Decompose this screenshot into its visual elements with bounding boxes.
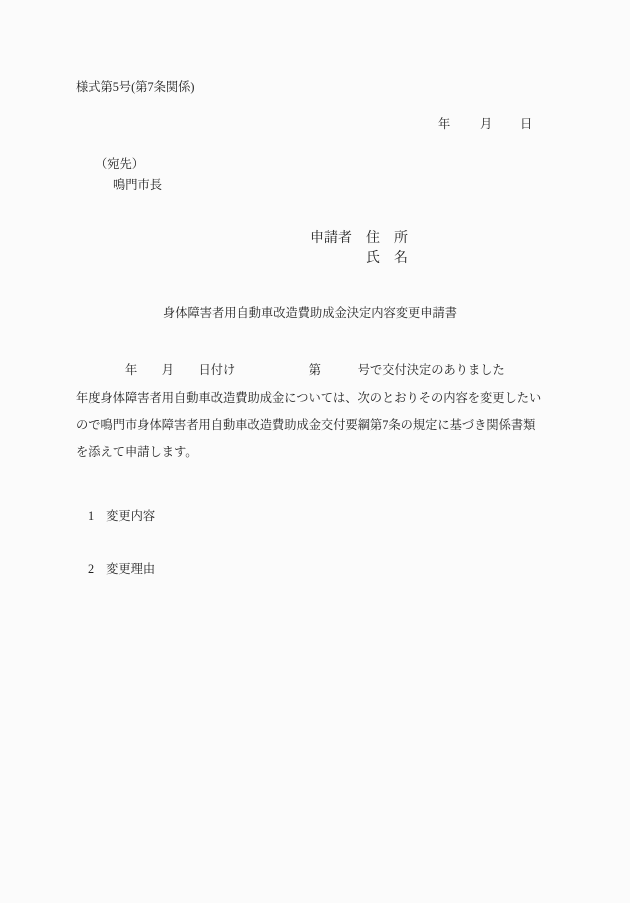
body-line-4: を添えて申請します。 [76,445,198,459]
document-page: 様式第5号(第7条関係) 年 月 日 （宛先） 鳴門市長 申請者 住 所 氏 名… [0,0,630,903]
addressee-label: （宛先） [95,157,144,171]
item-1-number: 1 [88,509,94,523]
item-2-label: 変更理由 [106,562,155,576]
year-label: 年 [438,117,450,131]
list-item-change-reason: 2 変更理由 [88,562,155,576]
body-line-3: ので鳴門市身体障害者用自動車改造費助成金交付要綱第7条の規定に基づき関係書類 [76,418,535,432]
day-label: 日 [520,117,532,131]
item-1-label: 変更内容 [106,509,155,523]
form-number: 様式第5号(第7条関係) [76,80,194,94]
applicant-address-line: 申請者 住 所 [310,231,408,247]
addressee-name: 鳴門市長 [113,178,162,192]
month-label: 月 [480,117,492,131]
document-title: 身体障害者用自動車改造費助成金決定内容変更申請書 [163,306,457,320]
list-item-change-content: 1 変更内容 [88,509,155,523]
date-line: 年 月 日 [438,117,532,131]
body-line-2: 年度身体障害者用自動車改造費助成金については、次のとおりその内容を変更したい [76,391,541,405]
item-2-number: 2 [88,562,94,576]
body-line-1: 年 月 日付け 第 号で交付決定のありました [125,363,505,377]
applicant-name-line: 氏 名 [366,251,408,267]
